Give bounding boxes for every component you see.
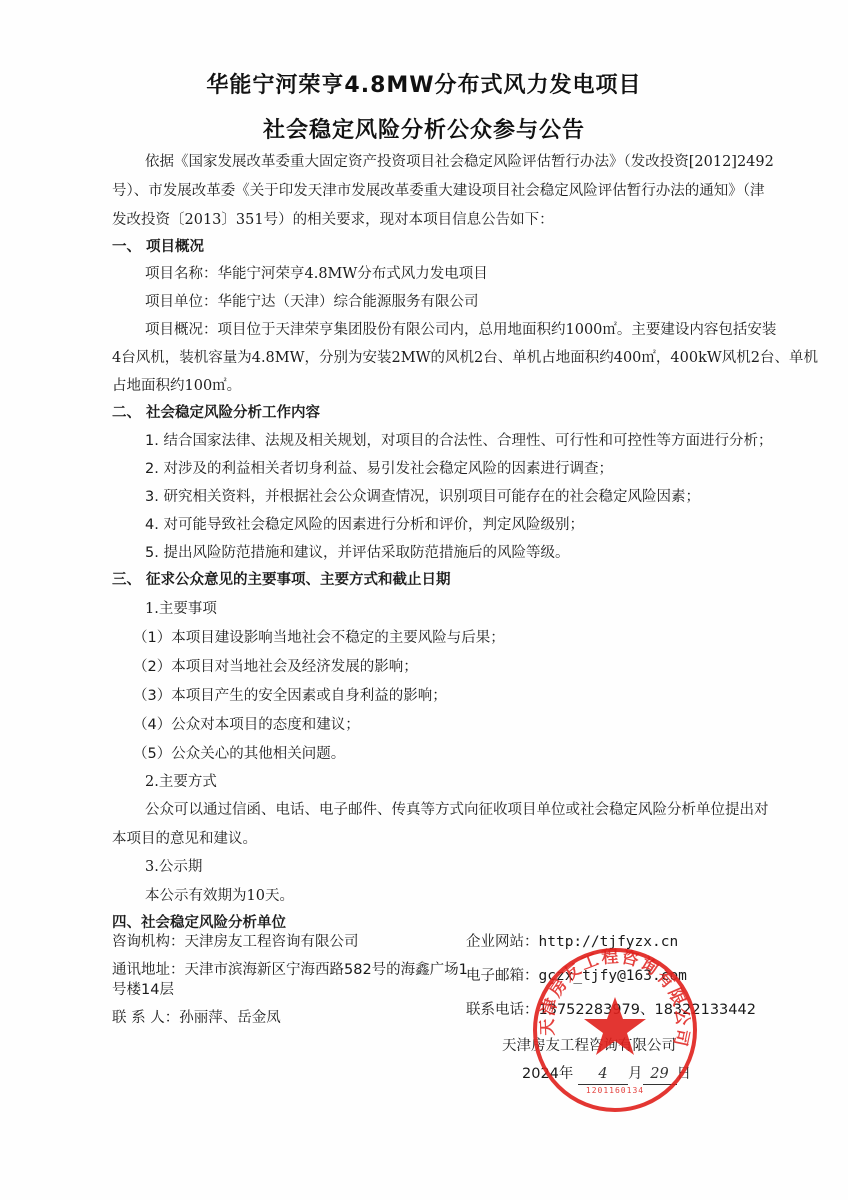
publicity-period-text: 本公示有效期为10天。 [145, 886, 294, 906]
publicity-period-label: 3.公示期 [145, 857, 202, 877]
intro-line-1: 依据《国家发展改革委重大固定资产投资项目社会稳定风险评估暂行办法》（发改投资[2… [145, 152, 738, 172]
section-1-heading: 一、 项目概况 [112, 237, 204, 257]
matter-item-5: （5）公众关心的其他相关问题。 [133, 744, 345, 764]
intro-line-2: 号）、市发展改革委《关于印发天津市发展改革委重大建设项目社会稳定风险评估暂行办法… [112, 181, 738, 201]
project-overview-line-1: 项目概况：项目位于天津荣亨集团股份有限公司内，总用地面积约1000㎡。主要建设内… [145, 320, 738, 340]
phone-label: 联系电话： [466, 1002, 539, 1018]
project-overview-line-3: 占地面积约100㎡。 [112, 376, 241, 396]
main-methods-line-1: 公众可以通过信函、电话、电子邮件、传真等方式向征收项目单位或社会稳定风险分析单位… [145, 800, 738, 820]
analysis-item-5: 5. 提出风险防范措施和建议，并评估采取防范措施后的风险等级。 [145, 543, 569, 563]
document-page: 华能宁河荣亨4.8MW分布式风力发电项目 社会稳定风险分析公众参与公告 依据《国… [0, 0, 848, 1200]
document-title: 华能宁河荣亨4.8MW分布式风力发电项目 [0, 68, 848, 99]
analysis-item-2: 2. 对涉及的利益相关者切身利益、易引发社会稳定风险的因素进行调查； [145, 459, 613, 479]
project-overview-line-2: 4台风机，装机容量为4.8MW，分别为安装2MW的风机2台、单机占地面积约400… [112, 348, 738, 368]
analysis-item-3: 3. 研究相关资料，并根据社会公众调查情况，识别项目可能存在的社会稳定风险因素； [145, 487, 700, 507]
matter-item-4: （4）公众对本项目的态度和建议； [133, 715, 360, 735]
svg-text:1201160134: 1201160134 [586, 1086, 644, 1095]
intro-line-3: 发改投资〔2013〕351号）的相关要求，现对本项目信息公告如下： [112, 210, 554, 230]
address-line-1: 通讯地址：天津市滨海新区宁海西路582号的海鑫广场1 [112, 960, 468, 980]
matter-item-2: （2）本项目对当地社会及经济发展的影响； [133, 657, 418, 677]
matter-item-1: （1）本项目建设影响当地社会不稳定的主要风险与后果； [133, 628, 505, 648]
analysis-item-1: 1. 结合国家法律、法规及相关规划，对项目的合法性、合理性、可行性和可控性等方面… [145, 431, 772, 451]
section-3-heading: 三、 征求公众意见的主要事项、主要方式和截止日期 [112, 570, 451, 590]
project-unit: 项目单位：华能宁达（天津）综合能源服务有限公司 [145, 292, 479, 312]
website-label: 企业网站： [466, 934, 539, 950]
main-methods-label: 2.主要方式 [145, 772, 217, 792]
main-methods-line-2: 本项目的意见和建议。 [112, 829, 257, 849]
analysis-item-4: 4. 对可能导致社会稳定风险的因素进行分析和评价，判定风险级别； [145, 515, 584, 535]
matter-item-3: （3）本项目产生的安全因素或自身利益的影响； [133, 686, 447, 706]
document-subtitle: 社会稳定风险分析公众参与公告 [0, 113, 848, 144]
email-label: 电子邮箱： [466, 968, 539, 984]
official-seal-icon: 天津房友工程咨询有限公司 1201160134 [530, 945, 700, 1115]
contact-persons: 联 系 人：孙丽萍、岳金凤 [112, 1008, 281, 1028]
main-matters-label: 1.主要事项 [145, 599, 217, 619]
address-line-2: 号楼14层 [112, 980, 174, 1000]
section-4-heading: 四、社会稳定风险分析单位 [112, 913, 286, 933]
section-2-heading: 二、 社会稳定风险分析工作内容 [112, 403, 320, 423]
consulting-org: 咨询机构：天津房友工程咨询有限公司 [112, 932, 359, 952]
project-name: 项目名称：华能宁河荣亨4.8MW分布式风力发电项目 [145, 264, 488, 284]
